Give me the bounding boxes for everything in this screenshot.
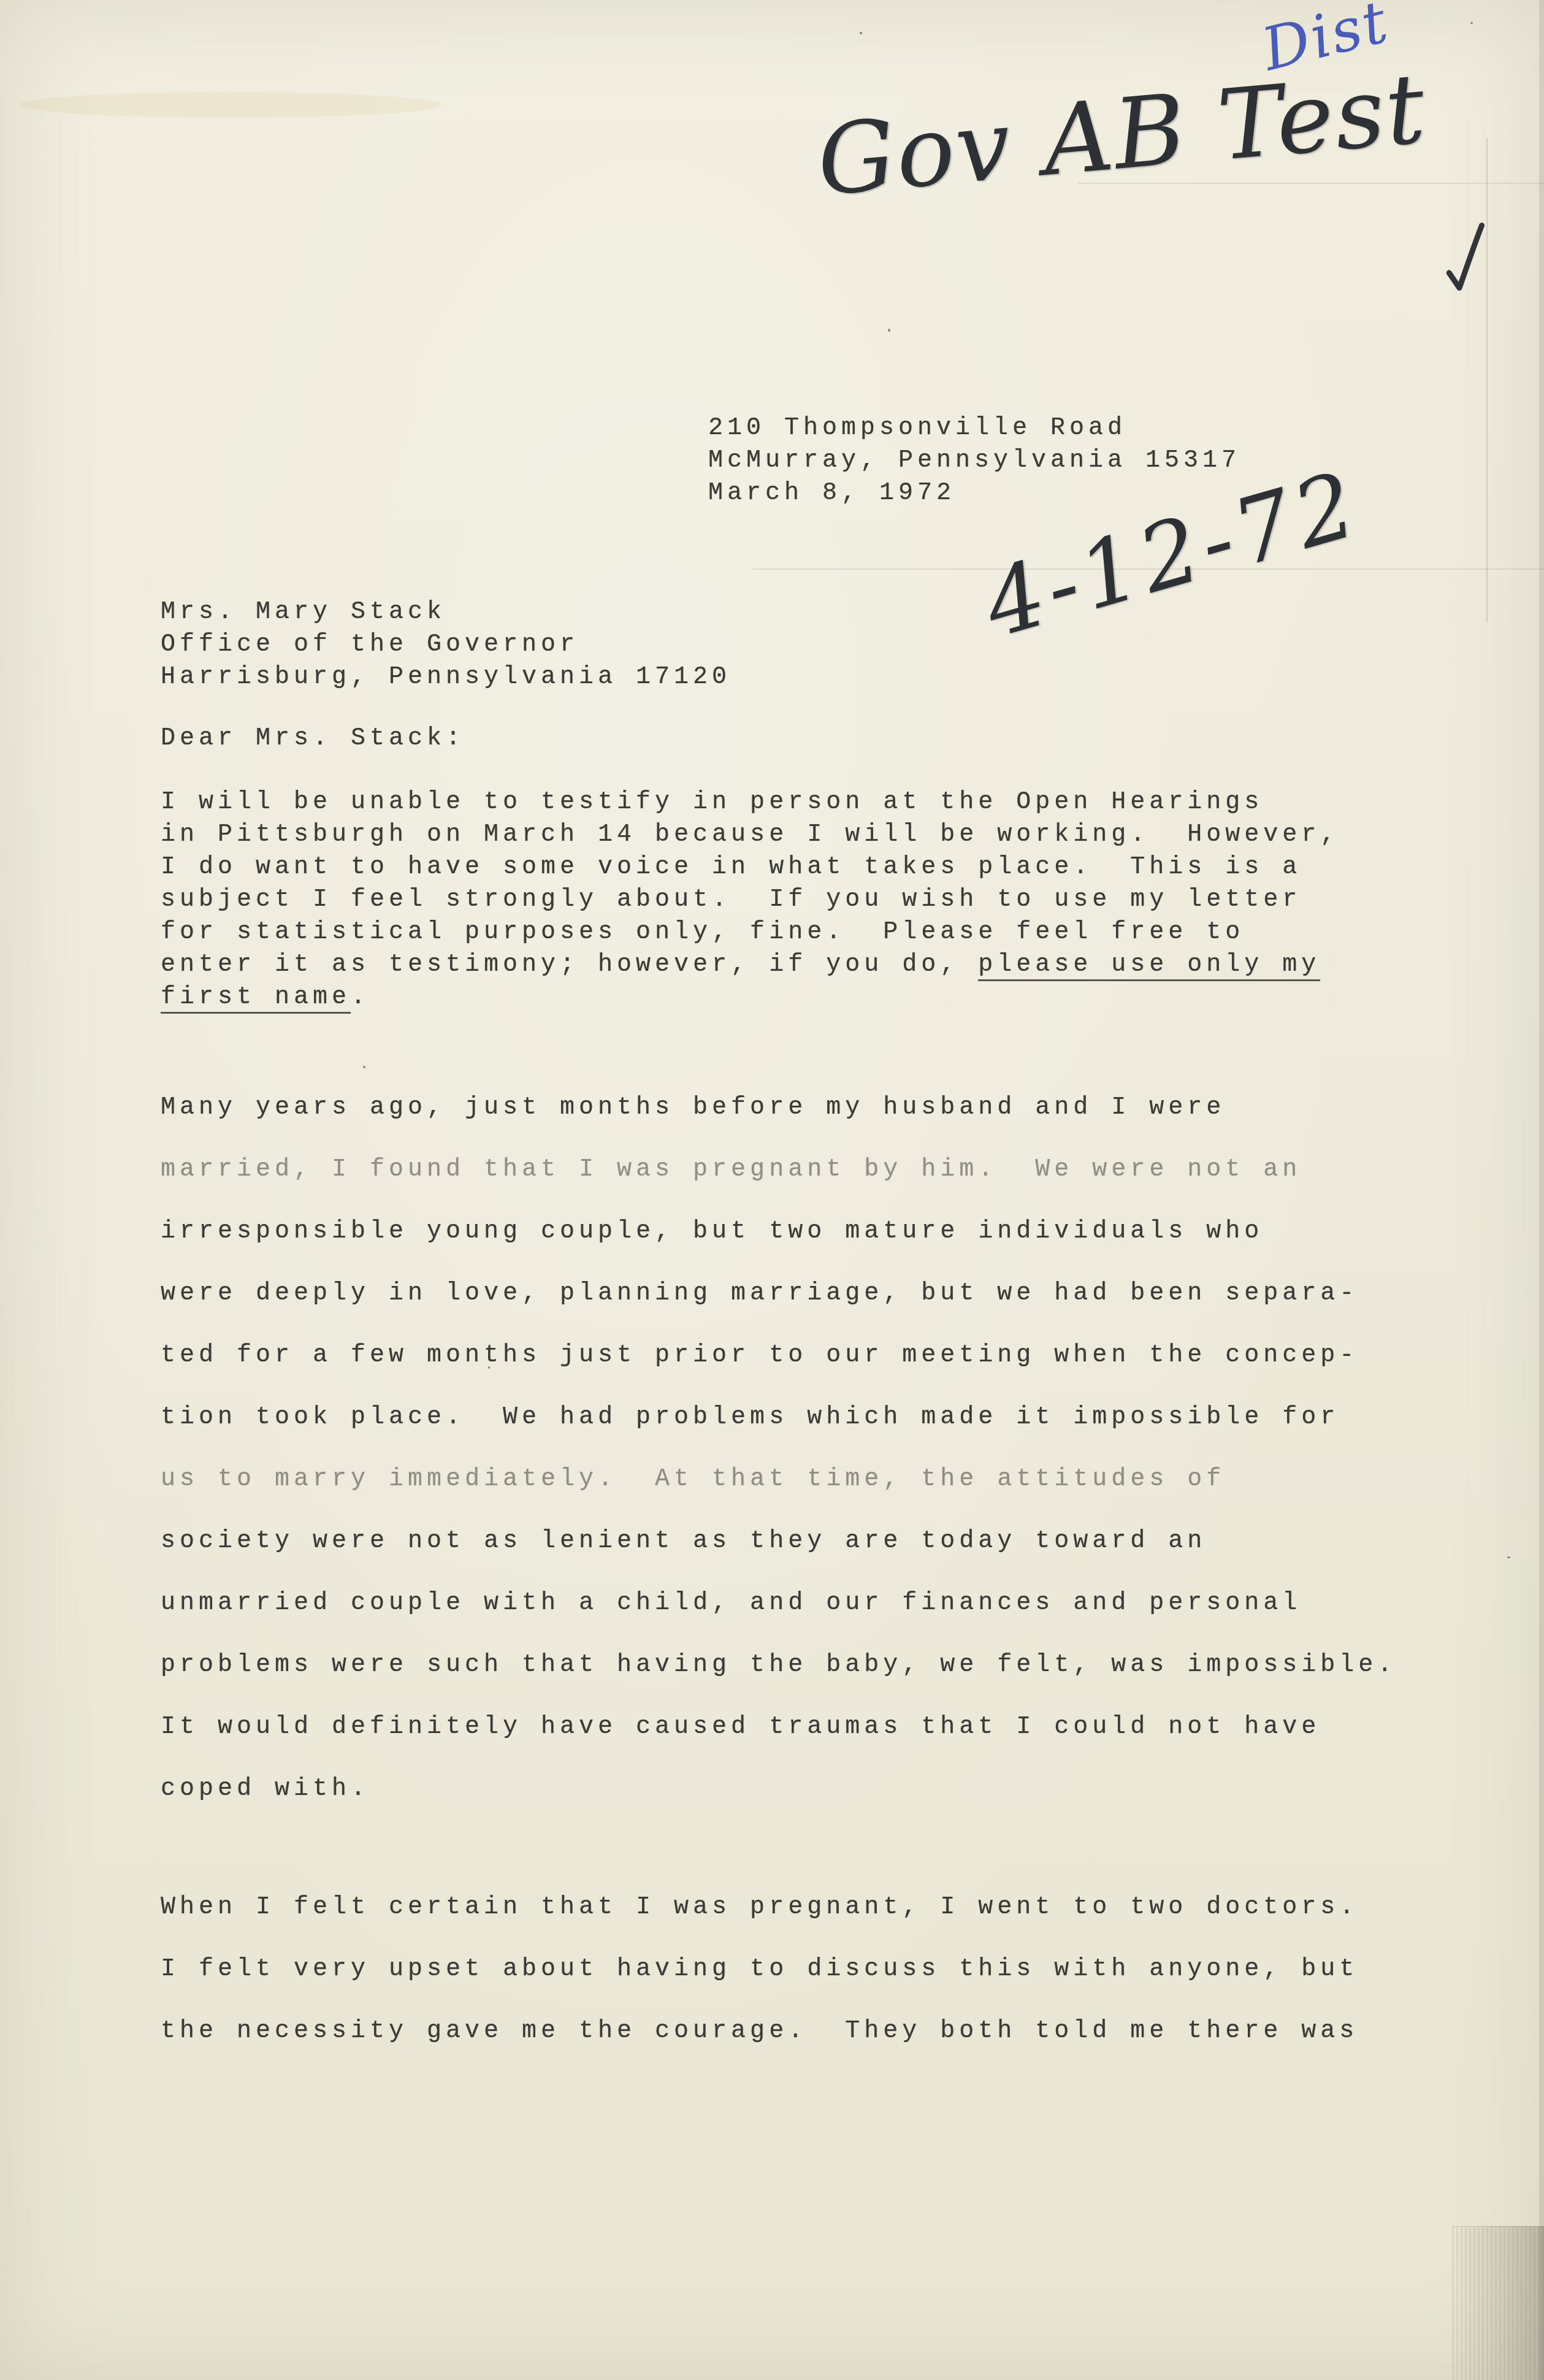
text-line: society were not as lenient as they are … [161,1510,1396,1572]
text-line: us to marry immediately. At that time, t… [161,1448,1396,1510]
handwritten-routing-note: Gov AB Test [813,52,1431,218]
letter-page: { "paper": { "background": "#edeadb", "i… [0,0,1544,2380]
text-line: McMurray, Pennsylvania 15317 [708,445,1240,477]
fold-line-vertical [1486,138,1488,622]
return-address: 210 Thompsonville RoadMcMurray, Pennsylv… [708,412,1240,510]
body-paragraph-2: Many years ago, just months before my hu… [161,1077,1396,1820]
checkmark-icon [1439,217,1488,305]
paper-speck [1507,1556,1510,1558]
text-line: Many years ago, just months before my hu… [161,1077,1396,1139]
text-line: irresponsible young couple, but two matu… [161,1201,1396,1263]
scan-edge-shadow [1539,0,1544,2380]
body-paragraph-3: When I felt certain that I was pregnant,… [161,1877,1358,2062]
paper-speck [1470,22,1473,24]
text-line: in Pittsburgh on March 14 because I will… [161,819,1339,851]
text-line: enter it as testimony; however, if you d… [161,949,1339,981]
text-line: subject I feel strongly about. If you wi… [161,884,1339,916]
paper-speck [363,1066,365,1068]
text-line: tion took place. We had problems which m… [161,1387,1396,1448]
text-line: March 8, 1972 [708,477,1240,510]
underlined-text: first name [161,984,351,1014]
paper-speck [888,329,890,332]
salutation-line: Dear Mrs. Stack: [161,722,465,755]
text-line: ted for a few months just prior to our m… [161,1325,1396,1387]
paper-stain [18,92,441,118]
paper-speck [860,32,862,34]
corner-smudge [1452,2226,1544,2380]
underlined-text: please use only my [978,951,1320,981]
text-line: I will be unable to testify in person at… [161,786,1339,819]
body-paragraph-1: I will be unable to testify in person at… [161,786,1339,1014]
text-line: Mrs. Mary Stack [161,596,731,629]
text-line: It would definitely have caused traumas … [161,1696,1396,1758]
text-line: When I felt certain that I was pregnant,… [161,1877,1358,1938]
text-line: Office of the Governor [161,629,731,661]
text-line: I felt very upset about having to discus… [161,1938,1358,2000]
recipient-address: Mrs. Mary StackOffice of the GovernorHar… [161,596,731,694]
text-line: married, I found that I was pregnant by … [161,1139,1396,1201]
text-line: unmarried couple with a child, and our f… [161,1572,1396,1634]
text-line: were deeply in love, planning marriage, … [161,1263,1396,1325]
text-line: coped with. [161,1758,1396,1820]
salutation: Dear Mrs. Stack: [161,722,465,755]
text-line: for statistical purposes only, fine. Ple… [161,916,1339,949]
text-line: 210 Thompsonville Road [708,412,1240,445]
text-line: the necessity gave me the courage. They … [161,2000,1358,2062]
text-line: I do want to have some voice in what tak… [161,851,1339,884]
text-line: first name. [161,981,1339,1014]
text-line: Harrisburg, Pennsylvania 17120 [161,661,731,694]
text-line: problems were such that having the baby,… [161,1634,1396,1696]
